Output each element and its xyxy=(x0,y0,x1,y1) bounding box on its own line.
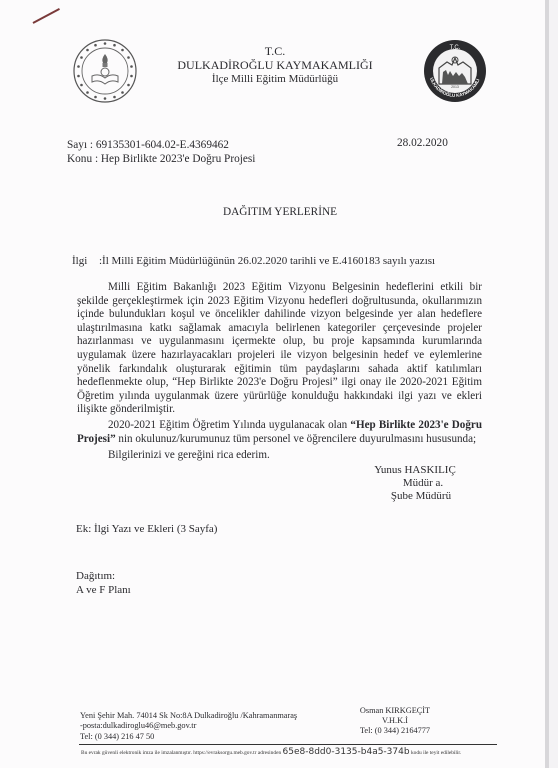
reference-label: İlgi xyxy=(72,254,87,268)
reference-value: :İl Milli Eğitim Müdürlüğünün 26.02.2020… xyxy=(99,254,435,268)
svg-text:2013: 2013 xyxy=(451,85,459,89)
recipient: DAĞITIM YERLERİNE xyxy=(200,205,360,219)
verification-note: Bu evrak güvenli elektronik imza ile imz… xyxy=(81,749,461,757)
contact-name: Osman KIRKGEÇİT xyxy=(350,706,440,716)
closing-line: Bilgilerinizi ve gereğini rica ederim. xyxy=(77,449,482,463)
dulkadiroglu-kaymakamligi-seal-icon: T.C. 2013 DULKADİROĞLU KAYMAKAMLIĞI xyxy=(422,38,488,104)
svg-text:T.C.: T.C. xyxy=(450,45,461,51)
footer-rule xyxy=(79,744,497,745)
footer-tel: Tel: (0 344) 216 47 50 xyxy=(80,732,154,742)
body-paragraph-2: 2020-2021 Eğitim Öğretim Yılında uygulan… xyxy=(77,419,482,446)
distribution-label: Dağıtım: xyxy=(76,569,115,583)
footer-address: Yeni Şehir Mah. 74014 Sk No:8A Dulkadiro… xyxy=(80,711,297,721)
contact-tel: Tel: (0 344) 2164777 xyxy=(350,726,440,736)
letter-body: Milli Eğitim Bakanlığı 2023 Eğitim Vizyo… xyxy=(77,281,482,463)
footer-email: -posta:dulkadiroglu46@meb.gov.tr xyxy=(80,721,196,731)
signatory-title-1: Müdür a. xyxy=(368,477,478,490)
ministry-of-education-seal-icon xyxy=(72,38,138,104)
document-date: 28.02.2020 xyxy=(397,136,448,150)
sayi-label: Sayı xyxy=(67,139,87,151)
header-tc: T.C. xyxy=(150,44,400,58)
verification-code: 65e8-8dd0-3135-b4a5-374b xyxy=(283,747,410,757)
document-subject: Konu : Hep Birlikte 2023'e Doğru Projesi xyxy=(67,152,255,166)
document-number: Sayı : 69135301-604.02-E.4369462 xyxy=(67,138,229,152)
distribution-value: A ve F Planı xyxy=(76,583,131,597)
signatory-title-2: Şube Müdürü xyxy=(366,490,476,503)
signatory-name: Yunus HASKILIÇ xyxy=(360,464,470,477)
body-paragraph-1: Milli Eğitim Bakanlığı 2023 Eğitim Vizyo… xyxy=(77,281,482,417)
contact-title: V.H.K.İ xyxy=(350,716,440,726)
attachment-note: Ek: İlgi Yazı ve Ekleri (3 Sayfa) xyxy=(76,522,217,536)
konu-value: : Hep Birlikte 2023'e Doğru Projesi xyxy=(95,153,255,165)
sayi-value: : 69135301-604.02-E.4369462 xyxy=(90,139,229,151)
scan-margin xyxy=(549,0,558,768)
header-department: İlçe Milli Eğitim Müdürlüğü xyxy=(150,72,400,86)
header-institution: DULKADİROĞLU KAYMAKAMLIĞI xyxy=(150,58,400,72)
konu-label: Konu xyxy=(67,153,92,165)
